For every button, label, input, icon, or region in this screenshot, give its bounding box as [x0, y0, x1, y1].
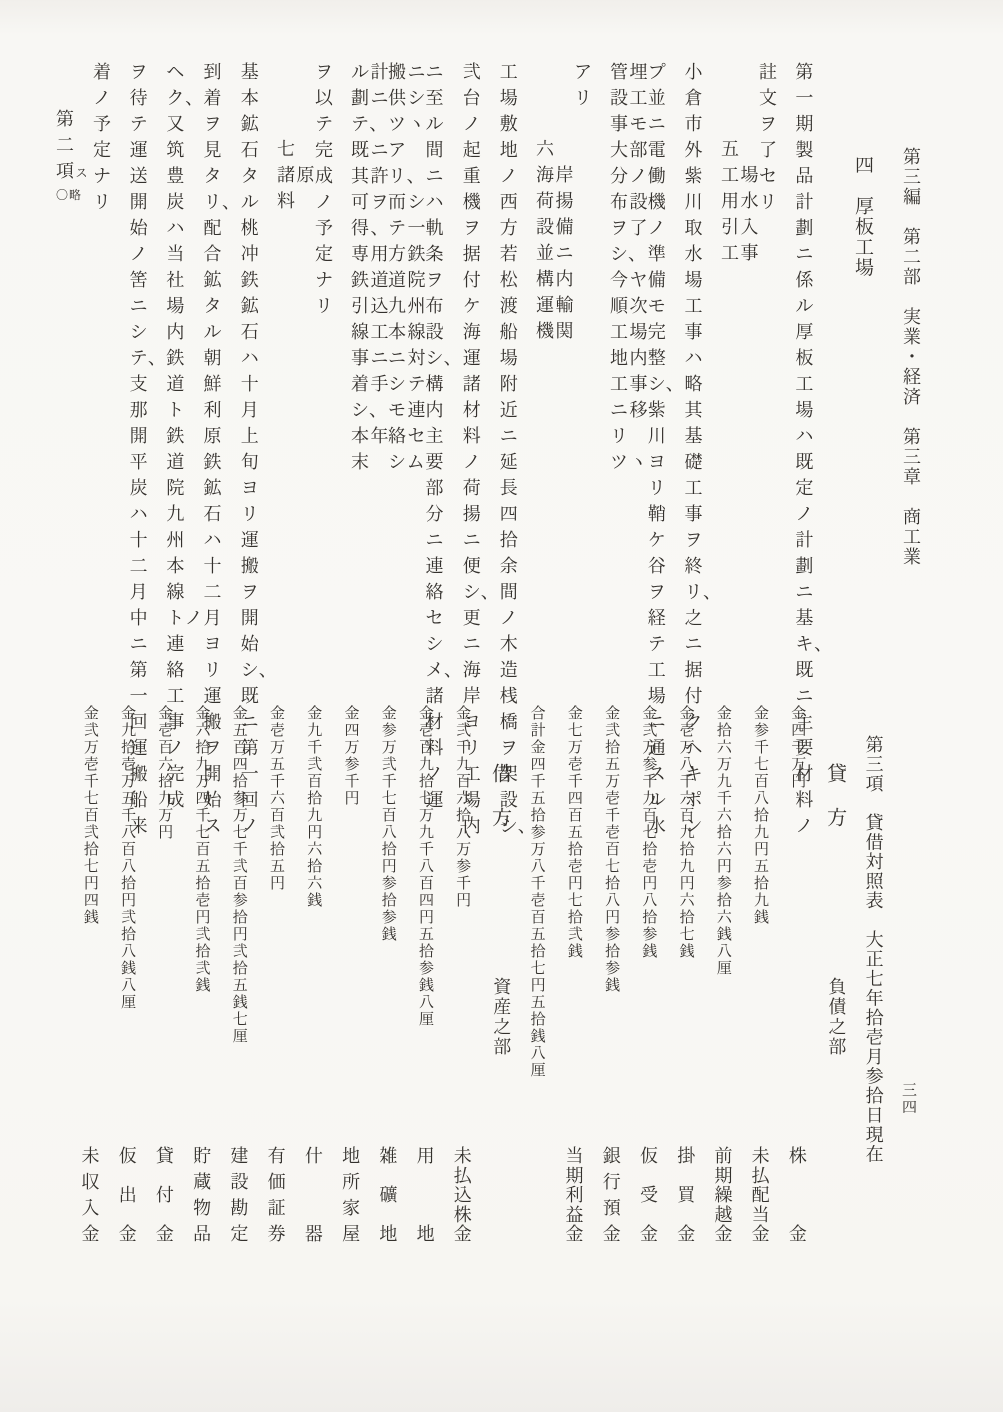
ledger-account: 銀行預金: [593, 1148, 630, 1244]
ledger-account: 未払配当金: [742, 1148, 779, 1244]
section-heading-7: 七 諸原料: [278, 58, 315, 676]
text-line: 搬ニ供シツヽアリ、而シテ一方鉄道院九州本線ニ対シテモ連絡セシム: [389, 58, 426, 676]
ledger-account: 掛買金: [668, 1148, 705, 1244]
ledger-account: 有価証券: [258, 1148, 295, 1244]
text-line: 工場敷地ノ西方若松渡船場附近ニ延長四拾余間ノ木造桟橋ヲ架設シ、: [500, 58, 537, 676]
ledger-entry: 金六拾九万四千七百五拾壱円弐拾弐銭 貯蔵物品: [184, 705, 221, 1325]
ledger-entry: 金弐万参千九百七拾壱円八拾参銭 仮受金: [630, 705, 667, 1325]
ledger-account: 什器: [295, 1148, 332, 1244]
ledger-amount: 金九拾壱万五千八百八拾円弐拾八銭八厘: [118, 705, 137, 1011]
ledger-account: 貸付金: [146, 1148, 183, 1244]
debit-side-label: 借 方: [488, 763, 513, 829]
ledger-amount: 金四千万円: [789, 705, 808, 790]
ledger-entry: 金壱万八千六百九拾九円六拾七銭 掛買金: [668, 705, 705, 1325]
liabilities-part-label: 負債之部: [824, 977, 847, 1057]
main-text-block: 第一期製品計劃ニ係ル厚板工場ハ既定ノ計劃ニ基キ、既ニ主要材料ノ 註文ヲ了セリ 五…: [56, 58, 833, 676]
ledger-account: 建設勘定: [221, 1148, 258, 1244]
text-line: 着ノ予定ナリ: [93, 58, 130, 676]
section-heading-4: 四 厚板工場: [850, 155, 874, 278]
credit-side-header: 貸 方 負債之部: [817, 705, 854, 1325]
ledger-amount: 金壱万八千六百九拾九円六拾七銭: [677, 705, 696, 960]
document-page: 第三編 第二部 実業・経済 第三章 商工業 四 厚板工場 三四 第一期製品計劃ニ…: [0, 0, 1003, 1412]
text-line: ヲ待テ運送開始ノ筈ニシテ、支那開平炭ハ十二月中ニ第一回運搬船来: [130, 58, 167, 676]
ledger-account: 地所家屋: [332, 1148, 369, 1244]
ledger-entry: 金壱万五千六百弐拾五円 有価証券: [258, 705, 295, 1325]
ledger-account: 未払込株金: [444, 1148, 481, 1244]
item-2-heading: 第二項ス〇略: [56, 58, 93, 676]
ledger-amount: 金壱百六拾九万円: [156, 705, 175, 841]
ledger-account: 仮出金: [109, 1148, 146, 1244]
running-head: 第三編 第二部 実業・経済 第三章 商工業: [899, 147, 922, 567]
text-line: 註文ヲ了セリ: [759, 58, 796, 676]
text-line: プ並ニ電働機ノ準備モ完整シ、紫川ヨリ鞘ケ谷ヲ経テ工場ニ通スル水: [648, 58, 685, 676]
ledger-entry: 金壱百六拾九万円 貸付金: [146, 705, 183, 1325]
text-line: ヲ以テ完成ノ予定ナリ: [315, 58, 352, 676]
section-heading-6: 六 海岸荷揚設備並ニ構内運輸機関: [537, 58, 574, 676]
ledger-entry: 金参千七百八拾九円五拾九銭 未払配当金: [742, 705, 779, 1325]
ledger-entry: 金参万弐千七百八拾円参拾参銭 雑礦地: [370, 705, 407, 1325]
ledger-account: 仮受金: [630, 1148, 667, 1244]
text-line: 小倉市外紫川取水場工事ハ略其基礎工事ヲ終リ、之ニ据付クヘキポン: [685, 58, 722, 676]
ledger-account: 未収入金: [72, 1148, 109, 1244]
ledger-account: 当期利益金: [556, 1148, 593, 1244]
liabilities-total: 合計金四千五拾参万八千壱百五拾七円五拾銭八厘: [519, 705, 556, 1325]
balance-sheet: 第三項 貸借対照表 大正七年拾壱月参拾日現在 貸 方 負債之部 金四千万円 株金…: [72, 705, 891, 1325]
ledger-entry: 金九拾壱万五千八百八拾円弐拾八銭八厘 仮出金: [109, 705, 146, 1325]
text-line: アリ: [574, 58, 611, 676]
ledger-amount: 金弐万壱千七百弐拾七円四銭: [81, 705, 100, 926]
ledger-entry: 金弐千九百六拾八万参千円 未払込株金: [444, 705, 481, 1325]
ledger-amount: 金参千七百八拾九円五拾九銭: [751, 705, 770, 926]
ledger-entry: 金四千万円 株金: [779, 705, 816, 1325]
ledger-amount: 金弐万参千九百七拾壱円八拾参銭: [640, 705, 659, 960]
ledger-amount: 金弐千九百六拾八万参千円: [453, 705, 472, 909]
ledger-entry: 金壱百九拾七万九千八百四円五拾参銭八厘 用地: [407, 705, 444, 1325]
ledger-entry: 金五百四拾参万七千弐百参拾円弐拾五銭七厘 建設勘定: [221, 705, 258, 1325]
ledger-account: 雑礦地: [370, 1148, 407, 1244]
ledger-entry: 金九千弐百拾九円六拾六銭 什器: [295, 705, 332, 1325]
text-line: 到着ヲ見タリ、配合鉱タル朝鮮利原鉄鉱石ハ十二月ヨリ運搬ヲ開始ス: [204, 58, 241, 676]
credit-side-label: 貸 方: [823, 763, 848, 829]
ledger-amount: 金六拾九万四千七百五拾壱円弐拾弐銭: [193, 705, 212, 994]
section-heading-5: 五 工場用水引入工事: [722, 58, 759, 676]
text-line: 管埋設工事モ大部分ノ布設ヲ了シ、今ヤ順次工場地内工事ニ移リツヽ: [611, 58, 648, 676]
text-line: ニ至ル間ニハ軌条ヲ布設シ、構内主要部分ニ連絡セシメ、諸材料ノ運: [426, 58, 463, 676]
ledger-entry: 金弐拾五万壱千壱百七拾八円参拾参銭 銀行預金: [593, 705, 630, 1325]
page-number: 三四: [899, 1082, 918, 1116]
ledger-amount: 金五百四拾参万七千弐百参拾円弐拾五銭七厘: [230, 705, 249, 1045]
ledger-account: 前期繰越金: [705, 1148, 742, 1244]
ledger-amount: 金壱百九拾七万九千八百四円五拾参銭八厘: [416, 705, 435, 1028]
text-line: ヘク、又筑豊炭ハ当社場内鉄道ト鉄道院九州本線トノ連絡工事ノ完成: [167, 58, 204, 676]
text-line: 弐台ノ起重機ヲ据付ケ海運諸材料ノ荷揚ニ便シ、更ニ海岸ヨリ工場内: [463, 58, 500, 676]
ledger-account: 用地: [407, 1148, 444, 1244]
ledger-amount: 金拾六万九千六拾六円参拾六銭八厘: [714, 705, 733, 977]
text-line: 基本鉱石タル桃冲鉄鉱石ハ十月上旬ヨリ運搬ヲ開始シ、既ニ第一回ノ: [241, 58, 278, 676]
ledger-entry: 金七万壱千四百五拾壱円七拾弐銭 当期利益金: [556, 705, 593, 1325]
assets-part-label: 資産之部: [489, 977, 512, 1057]
ledger-entry: 金弐万壱千七百弐拾七円四銭 未収入金: [72, 705, 109, 1325]
ledger-amount: 金弐拾五万壱千壱百七拾八円参拾参銭: [602, 705, 621, 994]
ledger-amount: 金参万弐千七百八拾円参拾参銭: [379, 705, 398, 943]
ledger-account: 貯蔵物品: [184, 1148, 221, 1244]
balance-sheet-title: 第三項 貸借対照表 大正七年拾壱月参拾日現在: [854, 705, 891, 1325]
ledger-amount: 金九千弐百拾九円六拾六銭: [304, 705, 323, 909]
ledger-amount: 金七万壱千四百五拾壱円七拾弐銭: [565, 705, 584, 960]
text-line: ル計劃ニテ、既ニ其許可ヲ得、専用鉄道引込線工事ニ着手シ、本年末: [352, 58, 389, 676]
ledger-entry: 金四万参千円 地所家屋: [332, 705, 369, 1325]
debit-side-header: 借 方 資産之部: [481, 705, 518, 1325]
text-line: 第一期製品計劃ニ係ル厚板工場ハ既定ノ計劃ニ基キ、既ニ主要材料ノ: [796, 58, 833, 676]
ledger-entry: 金拾六万九千六拾六円参拾六銭八厘 前期繰越金: [705, 705, 742, 1325]
ledger-amount: 金四万参千円: [342, 705, 361, 807]
ledger-amount: 金壱万五千六百弐拾五円: [267, 705, 286, 892]
ledger-account: 株金: [779, 1148, 816, 1244]
